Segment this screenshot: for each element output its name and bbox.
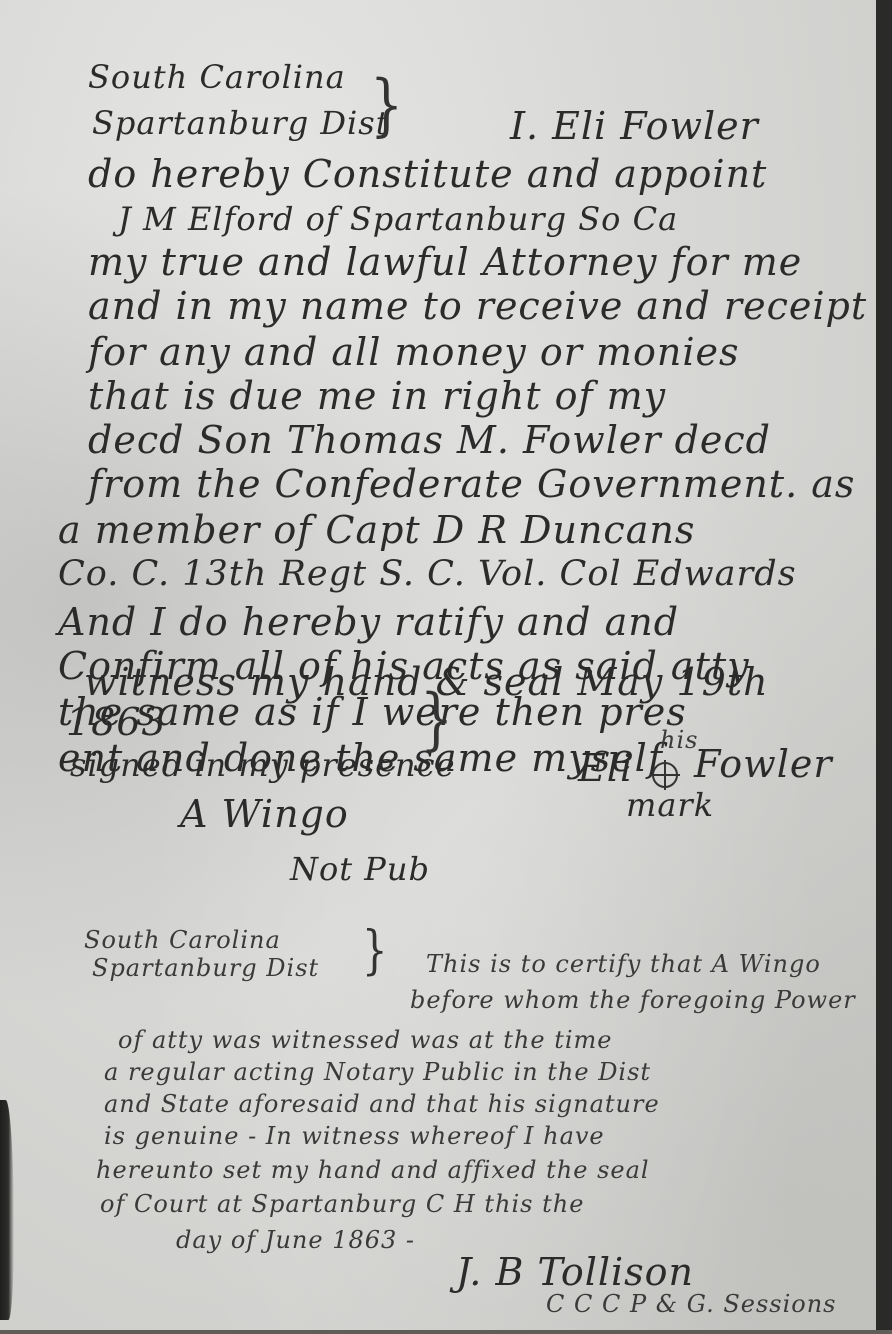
date-year: 1863 <box>66 700 167 744</box>
scan-border-bottom <box>0 1330 892 1334</box>
body-line-1: do hereby Constitute and appoint <box>88 152 767 196</box>
cert-signer: J. B Tollison <box>456 1250 694 1294</box>
body-line-7: decd Son Thomas M. Fowler decd <box>88 418 771 462</box>
torn-edge <box>0 1100 14 1320</box>
cert-line-4: and State aforesaid and that his signatu… <box>104 1090 660 1118</box>
witness-signature: A Wingo <box>180 792 349 836</box>
header-state: South Carolina <box>88 58 346 96</box>
body-line-6: that is due me in right of my <box>88 374 666 418</box>
header-district: Spartanburg Dist <box>92 104 390 142</box>
principal-last-name: Fowler <box>694 742 833 786</box>
cert-district: Spartanburg Dist <box>92 954 319 982</box>
cert-line-5: is genuine - In witness whereof I have <box>104 1122 605 1150</box>
principal-mark-icon <box>652 762 678 788</box>
body-line-5: for any and all money or monies <box>88 330 740 374</box>
body-line-9: a member of Capt D R Duncans <box>58 508 695 552</box>
body-line-10: Co. C. 13th Regt S. C. Vol. Col Edwards <box>58 554 797 594</box>
mark-label: mark <box>626 786 714 824</box>
cert-signer-title: C C C P & G. Sessions <box>546 1290 837 1318</box>
cert-line-0: This is to certify that A Wingo <box>426 950 821 978</box>
cert-line-8: day of June 1863 - <box>176 1226 415 1254</box>
header-brace: } <box>370 67 403 145</box>
cert-line-6: hereunto set my hand and affixed the sea… <box>96 1156 650 1184</box>
cert-line-3: a regular acting Notary Public in the Di… <box>104 1058 651 1086</box>
body-line-8: from the Confederate Government. as <box>88 462 855 506</box>
cert-line-7: of Court at Spartanburg C H this the <box>100 1190 584 1218</box>
body-line-0: I. Eli Fowler <box>510 104 759 148</box>
document-page: South Carolina Spartanburg Dist } I. Eli… <box>0 0 876 1330</box>
signed-in-presence: signed in my presence <box>70 746 456 784</box>
body-line-4: and in my name to receive and receipt <box>88 284 867 328</box>
mark-his: his <box>660 726 698 754</box>
cert-line-2: of atty was witnessed was at the time <box>118 1026 613 1054</box>
cert-line-1: before whom the foregoing Power <box>410 986 856 1014</box>
principal-first-name: Eli <box>578 746 633 790</box>
body-line-3: my true and lawful Attorney for me <box>88 240 802 284</box>
body-line-2: J M Elford of Spartanburg So Ca <box>118 200 678 238</box>
scan-border-right <box>876 0 892 1330</box>
body-line-11: And I do hereby ratify and and <box>58 600 679 644</box>
cert-state: South Carolina <box>84 926 281 954</box>
witness-title: Not Pub <box>290 850 430 888</box>
cert-brace: } <box>362 921 387 981</box>
